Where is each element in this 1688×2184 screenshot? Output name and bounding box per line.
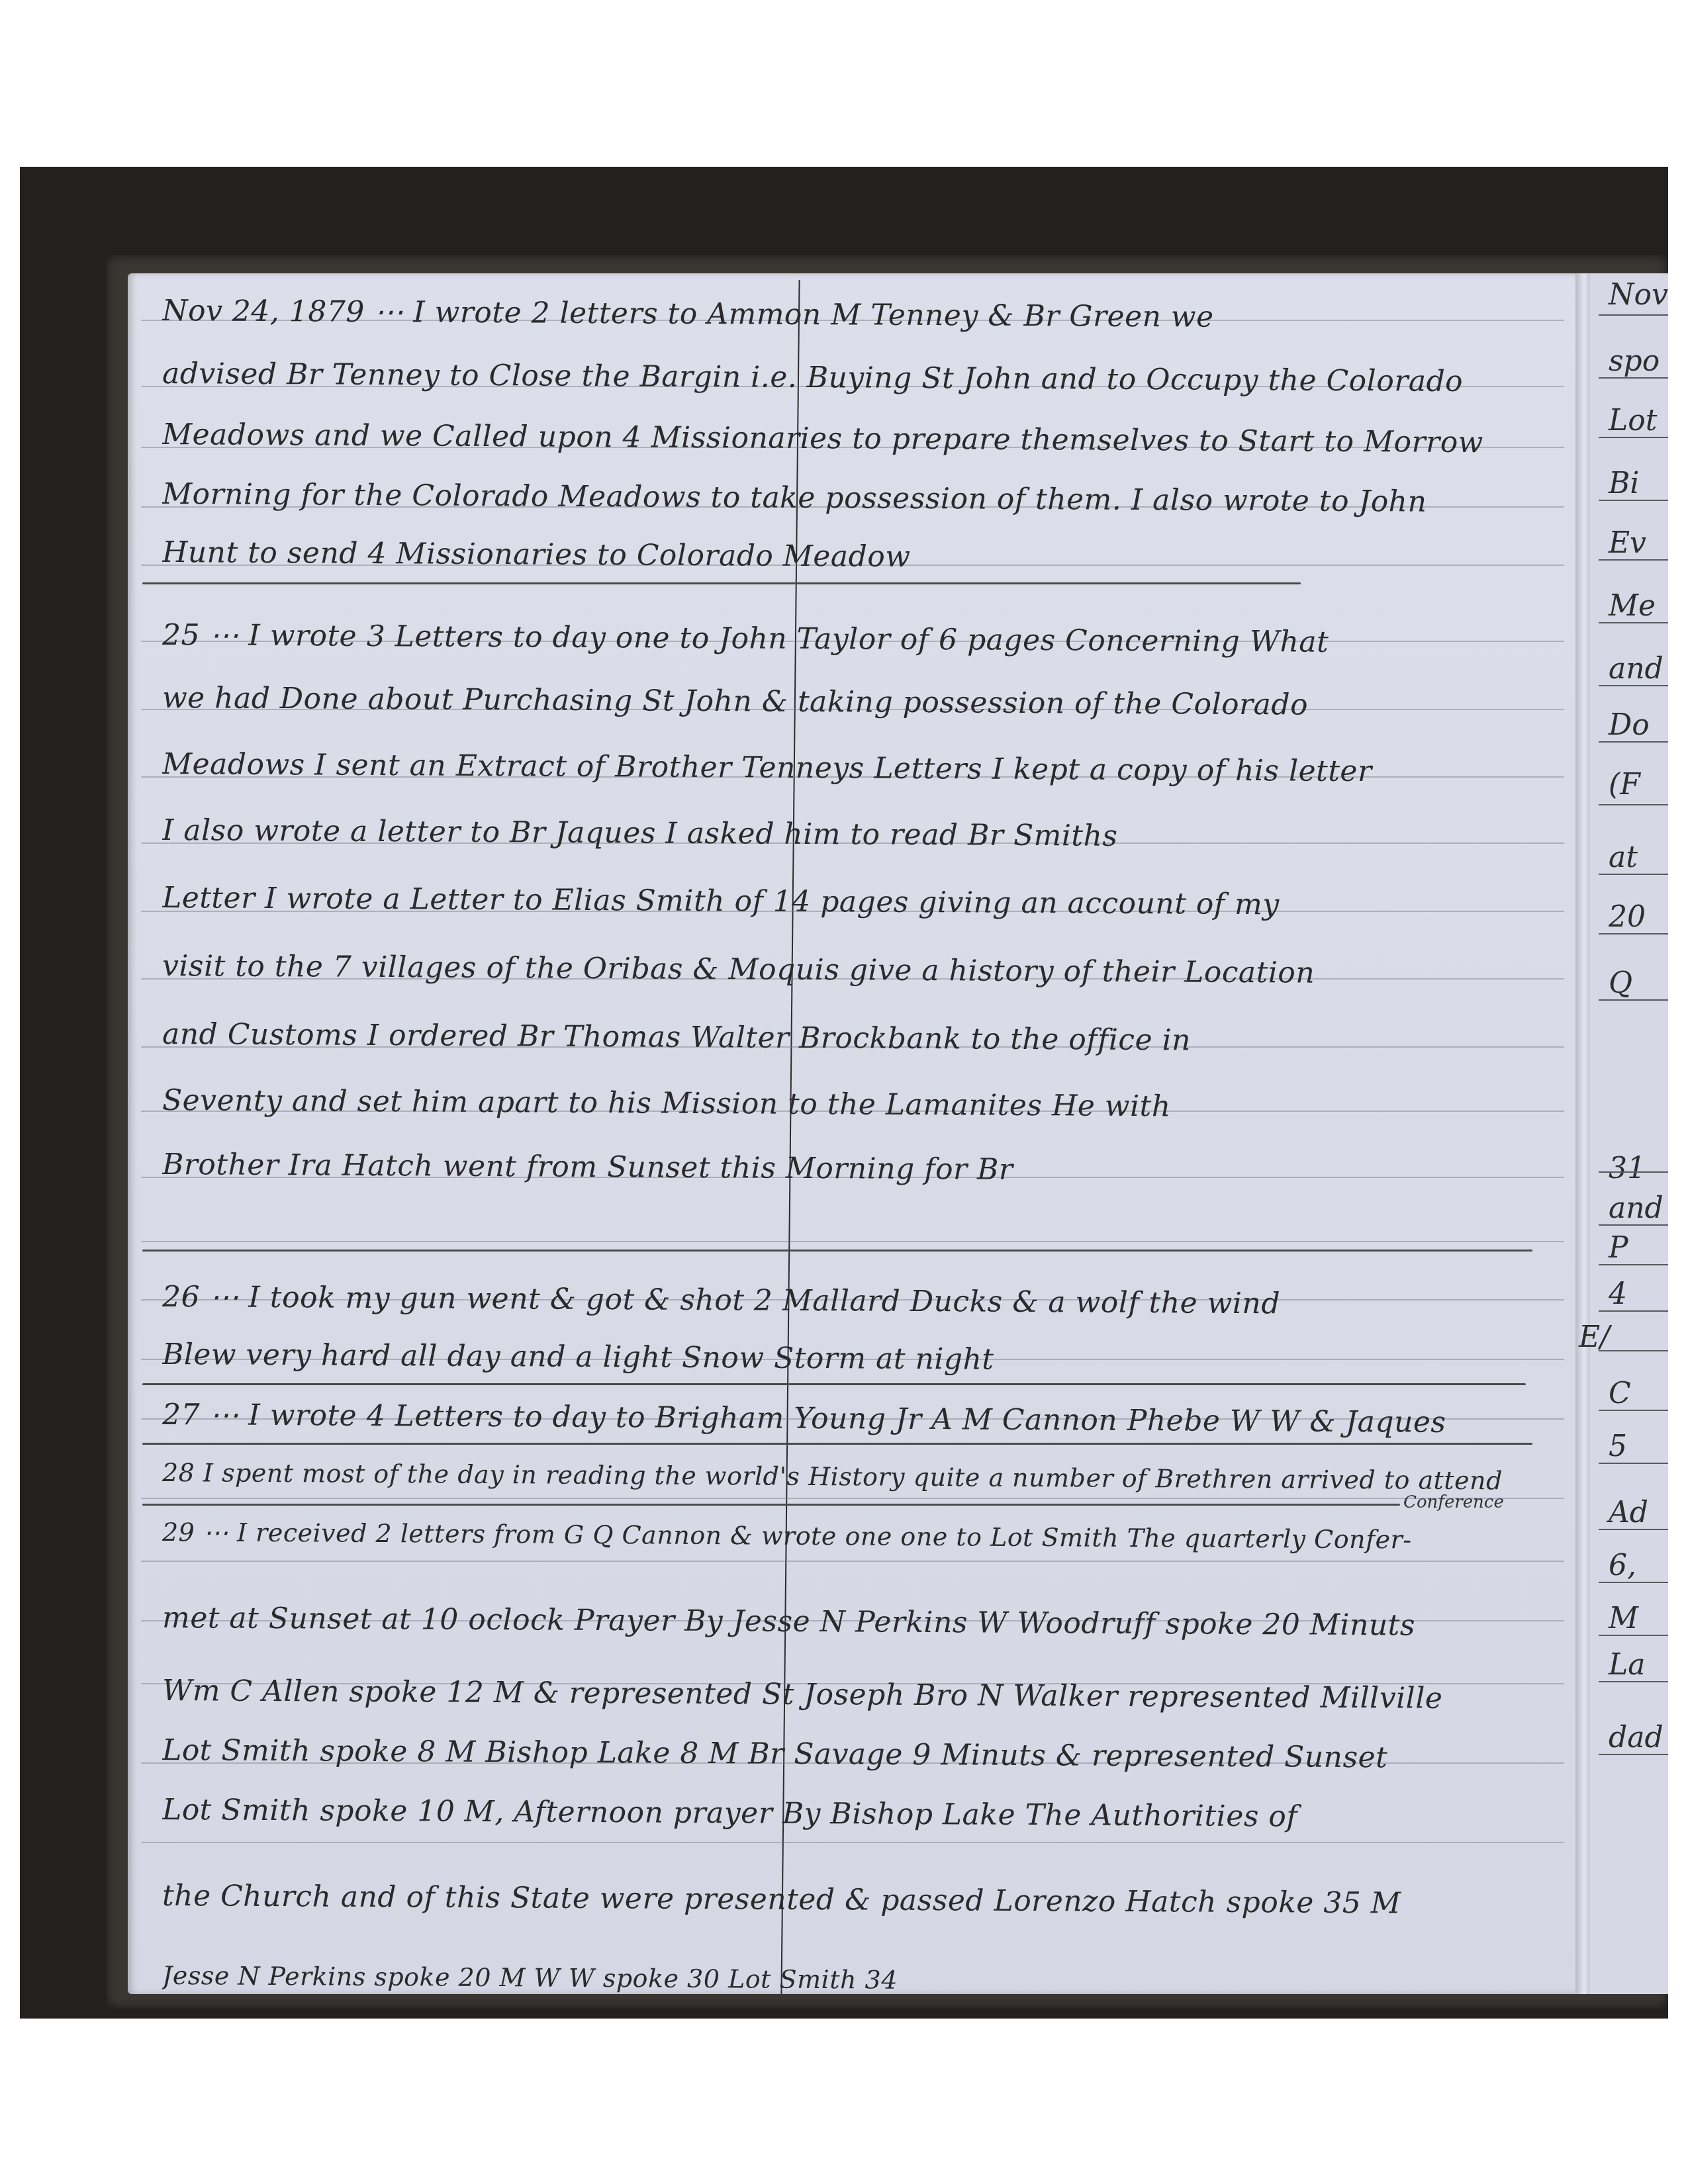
journal-line: Seventy and set him apart to his Mission… — [162, 1077, 1546, 1132]
adjacent-fragment: 31 — [1609, 1152, 1646, 1185]
journal-line: Morning for the Colorado Meadows to take… — [162, 471, 1546, 526]
journal-line: Lot Smith spoke 10 M, Afternoon prayer B… — [162, 1787, 1546, 1842]
journal-line: Meadows I sent an Extract of Brother Ten… — [162, 741, 1546, 796]
adjacent-fragment: 5 — [1609, 1430, 1627, 1463]
adjacent-fragment: 4 — [1609, 1277, 1627, 1311]
journal-line: 28 I spent most of the day in reading th… — [162, 1449, 1546, 1504]
adjacent-fragment: P — [1609, 1231, 1628, 1265]
adjacent-fragment: Do — [1609, 708, 1650, 742]
adjacent-fragment: 6, — [1609, 1549, 1636, 1582]
adjacent-fragment: 20 — [1609, 900, 1646, 934]
journal-line: the Church and of this State were presen… — [162, 1873, 1546, 1928]
journal-line: Wm C Allen spoke 12 M & represented St J… — [162, 1668, 1546, 1723]
adjacent-fragment: (F — [1609, 768, 1640, 801]
ruled-line — [141, 1241, 1564, 1242]
adjacent-fragment: spo — [1609, 344, 1660, 378]
journal-line: 27 ⋯ I wrote 4 Letters to day to Brigham… — [162, 1392, 1546, 1447]
journal-line: advised Br Tenney to Close the Bargin i.… — [162, 351, 1546, 406]
adjacent-fragment: Ad — [1609, 1496, 1648, 1529]
journal-line: Nov 24, 1879 ⋯ I wrote 2 letters to Ammo… — [162, 288, 1546, 343]
journal-line: Jesse N Perkins spoke 20 M W W spoke 30 … — [162, 1952, 1546, 2007]
entry-divider — [142, 1383, 1526, 1385]
entry-divider — [142, 1443, 1532, 1445]
interlinear-note: Conference — [1403, 1492, 1504, 1512]
adjacent-fragment: M — [1609, 1602, 1638, 1635]
journal-line: Meadows and we Called upon 4 Missionarie… — [162, 412, 1546, 467]
book-gutter — [1575, 273, 1590, 1994]
journal-line: 29 ⋯ I received 2 letters from G Q Canno… — [162, 1509, 1546, 1564]
adjacent-fragment: and — [1609, 1191, 1664, 1225]
adjacent-fragment: at — [1609, 841, 1638, 874]
journal-line: we had Done about Purchasing St John & t… — [162, 675, 1546, 730]
adjacent-fragment: E/ — [1579, 1320, 1610, 1354]
journal-line: met at Sunset at 10 oclock Prayer By Jes… — [162, 1595, 1546, 1650]
journal-line: Lot Smith spoke 8 M Bishop Lake 8 M Br S… — [162, 1727, 1546, 1782]
journal-line: Blew very hard all day and a light Snow … — [162, 1332, 1546, 1387]
adjacent-fragment: La — [1609, 1648, 1645, 1682]
entry-divider — [142, 582, 1301, 584]
adjacent-fragment: Q — [1609, 966, 1632, 1000]
journal-line: Hunt to send 4 Missionaries to Colorado … — [162, 529, 1546, 584]
adjacent-fragment: Lot — [1609, 404, 1657, 437]
ruled-line — [141, 1842, 1564, 1843]
entry-divider — [142, 1250, 1532, 1251]
journal-line: 26 ⋯ I took my gun went & got & shot 2 M… — [162, 1274, 1546, 1329]
adjacent-fragment: C — [1609, 1377, 1631, 1410]
journal-line: 25 ⋯ I wrote 3 Letters to day one to Joh… — [162, 612, 1546, 667]
journal-line: and Customs I ordered Br Thomas Walter B… — [162, 1011, 1546, 1066]
journal-line: Brother Ira Hatch went from Sunset this … — [162, 1142, 1546, 1197]
journal-line: I also wrote a letter to Br Jaques I ask… — [162, 807, 1546, 862]
entry-divider — [142, 1504, 1400, 1506]
adjacent-fragment: and — [1609, 652, 1664, 686]
adjacent-fragment: Bi — [1609, 467, 1639, 500]
journal-line: visit to the 7 villages of the Oribas & … — [162, 943, 1546, 998]
adjacent-fragment: dad — [1609, 1721, 1664, 1754]
journal-line: Letter I wrote a Letter to Elias Smith o… — [162, 875, 1546, 930]
adjacent-fragment: Ev — [1609, 526, 1646, 560]
adjacent-fragment: Me — [1609, 589, 1656, 623]
adjacent-fragment: Nov — [1609, 278, 1668, 312]
